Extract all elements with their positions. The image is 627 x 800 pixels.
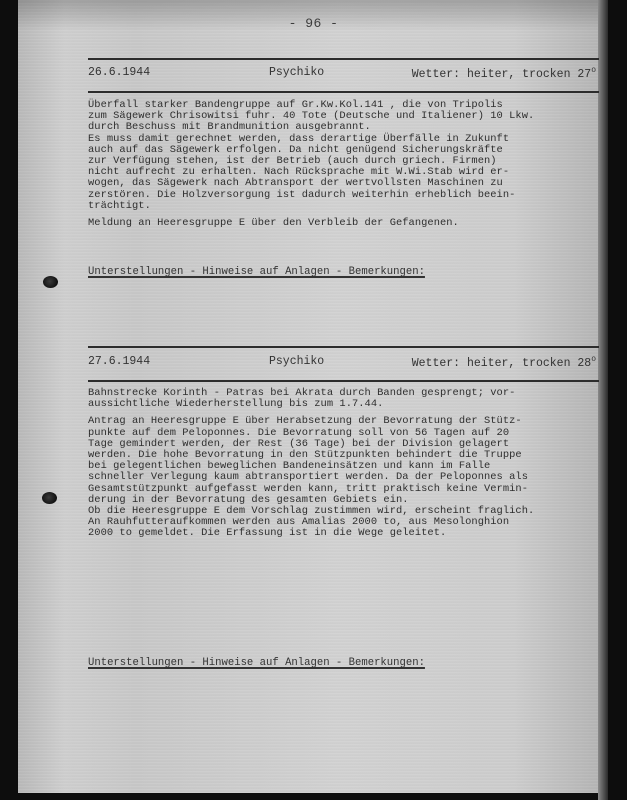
page-number: - 96 - — [0, 16, 627, 31]
text-line: aussichtliche Wiederherstellung bis zum … — [88, 399, 603, 410]
text-line: Antrag an Heeresgruppe E über Herabsetzu… — [88, 416, 603, 427]
entry-weather: Wetter: heiter, trocken 27o — [412, 66, 596, 81]
punch-hole-top — [43, 276, 58, 288]
header-rule-top — [88, 58, 599, 60]
text-line: wogen, das Sägewerk nach Abtransport der… — [88, 178, 603, 189]
text-line: 2000 to gemeldet. Die Erfassung ist in d… — [88, 528, 603, 539]
entry-date: 26.6.1944 — [88, 66, 150, 79]
text-line: trächtigt. — [88, 201, 603, 212]
entry-header: 27.6.1944 Psychiko Wetter: heiter, trock… — [88, 355, 596, 371]
remarks-heading: Unterstellungen - Hinweise auf Anlagen -… — [88, 657, 425, 669]
text-line: Gesamtstützpunkt aufgefasst werden kann,… — [88, 484, 603, 495]
entry-header: 26.6.1944 Psychiko Wetter: heiter, trock… — [88, 66, 596, 82]
entry-weather: Wetter: heiter, trocken 28o — [412, 355, 596, 370]
text-line: schneller Verlegung kaum abtransportiert… — [88, 472, 603, 483]
entry-date: 27.6.1944 — [88, 355, 150, 368]
entry-place: Psychiko — [269, 66, 324, 79]
header-rule-top — [88, 346, 599, 348]
header-rule-bottom — [88, 380, 599, 382]
entry-body: Bahnstrecke Korinth - Patras bei Akrata … — [88, 388, 603, 539]
punch-hole-bottom — [42, 492, 57, 504]
remarks-heading: Unterstellungen - Hinweise auf Anlagen -… — [88, 266, 425, 278]
text-line: zerstören. Die Holzversorgung ist dadurc… — [88, 190, 603, 201]
text-line: Meldung an Heeresgruppe E über den Verbl… — [88, 218, 603, 229]
header-rule-bottom — [88, 91, 599, 93]
entry-place: Psychiko — [269, 355, 324, 368]
entry-body: Überfall starker Bandengruppe auf Gr.Kw.… — [88, 100, 603, 229]
text-line: durch Beschuss mit Brandmunition ausgebr… — [88, 122, 603, 133]
